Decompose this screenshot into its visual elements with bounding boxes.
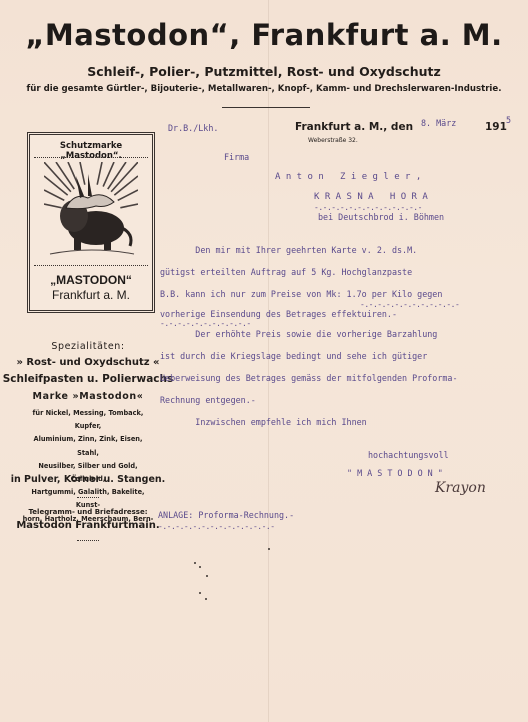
- enclosure-underline: -.-.-.-.-.-.-.-.-.-.-.-.-.-: [158, 522, 275, 531]
- handwritten-signature: Krayon: [435, 480, 486, 496]
- letterhead-industries: für die gesamte Gürtler-, Bijouterie-, M…: [0, 84, 528, 94]
- company-signature-typed: " M A S T O D O N ": [347, 468, 443, 478]
- brand-label: Marke »Mastodon«: [0, 391, 176, 402]
- mastodon-icon: [44, 162, 138, 260]
- dotted-divider: [34, 157, 148, 158]
- specialty-rust-protection: » Rost- und Oxydschutz «: [0, 357, 176, 368]
- body-line: B.B. kann ich nur zum Preise von Mk: 1.7…: [160, 289, 442, 299]
- telegram-address: Mastodon Frankfurtmain.: [0, 520, 176, 531]
- trademark-box: Schutzmarke „Mastodon“. „MASTODON“ Frank…: [27, 132, 155, 313]
- year-typed: 5: [506, 115, 511, 125]
- year-printed: 191: [485, 121, 507, 133]
- date-typed: 8. März: [421, 118, 456, 128]
- product-forms: in Pulver, Körner u. Stangen.: [0, 474, 176, 485]
- letterhead-divider: [222, 107, 310, 108]
- dotted-divider: [77, 540, 99, 541]
- closing-phrase: hochachtungsvoll: [368, 450, 449, 460]
- paper-speck: [199, 592, 201, 594]
- body-line: Rechnung entgegen.-: [160, 395, 256, 405]
- trademark-heading: Schutzmarke „Mastodon“.: [30, 141, 152, 161]
- recipient-town: K R A S N A H O R A: [314, 192, 428, 202]
- reference-code: Dr.B./Lkh.: [168, 123, 218, 133]
- body-line: gütigst erteilten Auftrag auf 5 Kg. Hoch…: [160, 267, 412, 277]
- prepayment-underline: -.-.-.-.-.-.-.-.-.-.-: [160, 319, 251, 328]
- place-printed: Frankfurt a. M., den: [295, 121, 413, 133]
- body-line: Inzwischen empfehle ich mich Ihnen: [160, 417, 367, 427]
- specialties-heading: Spezialitäten:: [0, 341, 176, 352]
- recipient-region: bei Deutschbrod i. Böhmen: [318, 212, 444, 222]
- body-line: Ueberweisung des Betrages gemäss der mit…: [160, 373, 458, 383]
- recipient-town-underline: -.-.-.-.-.-.-.-.-.-.-.-.-: [314, 203, 422, 212]
- body-line: Den mir mit Ihrer geehrten Karte v. 2. d…: [160, 245, 417, 255]
- trademark-city: Frankfurt a. M.: [30, 288, 152, 302]
- paper-speck: [206, 575, 208, 577]
- letterhead-title: „Mastodon“, Frankfurt a. M.: [0, 18, 528, 52]
- body-line: ist durch die Kriegslage bedingt und seh…: [160, 351, 427, 361]
- paper-fold-line: [268, 0, 269, 722]
- letterhead-subtitle: Schleif-, Polier-, Putzmittel, Rost- und…: [0, 64, 528, 79]
- paper-speck: [194, 562, 196, 564]
- body-line: vorherige Einsendung des Betrages effekt…: [160, 309, 397, 319]
- body-line: Der erhöhte Preis sowie die vorherige Ba…: [160, 329, 437, 339]
- dotted-divider: [34, 265, 148, 266]
- materials-line: für Nickel, Messing, Tomback, Kupfer,: [22, 407, 154, 433]
- paper-speck: [268, 548, 270, 550]
- firm-label: Firma: [224, 152, 249, 162]
- dotted-divider: [77, 497, 99, 498]
- paper-speck: [199, 566, 201, 568]
- recipient-name: A n t o n Z i e g l e r ,: [275, 172, 421, 182]
- trademark-name: „MASTODON“: [30, 273, 152, 287]
- paper-speck: [205, 598, 207, 600]
- price-underline: -.-.-.-.-.-.-.-.-.-.-.-: [360, 300, 459, 309]
- enclosure-line: ANLAGE: Proforma-Rechnung.-: [158, 510, 294, 520]
- materials-line: Aluminium, Zinn, Zink, Eisen, Stahl,: [22, 433, 154, 459]
- specialty-pastes: Schleifpasten u. Polierwachs: [0, 373, 176, 385]
- telegram-label: Telegramm- und Briefadresse:: [0, 508, 176, 516]
- street-address: Weberstraße 32.: [308, 137, 358, 144]
